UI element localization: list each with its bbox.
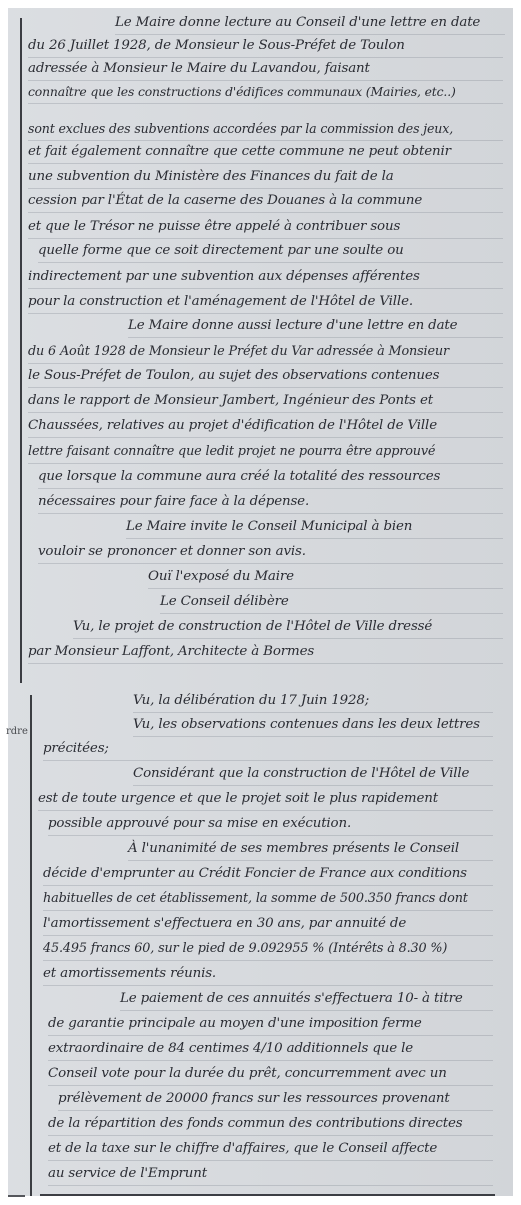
text-line: Le Maire donne lecture au Conseil d'une …	[115, 12, 505, 35]
text-line: Le Conseil délibère	[160, 591, 503, 614]
left-margin-rule	[20, 18, 22, 683]
text-line: et de la taxe sur le chiffre d'affaires,…	[48, 1138, 493, 1161]
text-line: dans le rapport de Monsieur Jambert, Ing…	[28, 390, 503, 413]
text-line: Vu, le projet de construction de l'Hôtel…	[73, 616, 503, 639]
text-line: décide d'emprunter au Crédit Foncier de …	[43, 863, 493, 886]
text-line: du 26 Juillet 1928, de Monsieur le Sous-…	[28, 35, 503, 58]
text-line: Considérant que la construction de l'Hôt…	[133, 763, 493, 786]
scanned-register-page: Le Maire donne lecture au Conseil d'une …	[8, 8, 513, 1196]
text-line: cession par l'État de la caserne des Dou…	[28, 190, 503, 213]
text-line: et fait également connaître que cette co…	[28, 141, 503, 164]
text-line: du 6 Août 1928 de Monsieur le Préfet du …	[28, 341, 503, 364]
minutes-fragment-2: rdre Vu, la délibération du 17 Juin 1928…	[8, 668, 513, 1196]
text-line: Ouï l'exposé du Maire	[148, 566, 503, 589]
text-line: de la répartition des fonds commun des c…	[48, 1113, 493, 1136]
text-line: Chaussées, relatives au projet d'édifica…	[28, 415, 503, 438]
text-line: habituelles de cet établissement, la som…	[43, 888, 493, 911]
text-line: Vu, les observations contenues dans les …	[133, 714, 493, 737]
text-line: au service de l'Emprunt	[48, 1163, 493, 1186]
text-line: par Monsieur Laffont, Architecte à Borme…	[28, 641, 503, 664]
text-line: extraordinaire de 84 centimes 4/10 addit…	[48, 1038, 493, 1061]
text-line: adressée à Monsieur le Maire du Lavandou…	[28, 58, 503, 81]
text-line: sont exclues des subventions accordées p…	[28, 118, 503, 141]
closing-rule	[40, 1194, 495, 1196]
text-line: Vu, la délibération du 17 Juin 1928;	[133, 690, 493, 713]
text-line: précitées;	[43, 738, 493, 761]
text-line: quelle forme que ce soit directement par…	[38, 240, 503, 263]
text-line: que lorsque la commune aura créé la tota…	[38, 466, 503, 489]
text-line: et que le Trésor ne puisse être appelé à…	[28, 216, 503, 239]
text-line: nécessaires pour faire face à la dépense…	[38, 491, 503, 514]
text-line: 45.495 francs 60, sur le pied de 9.09295…	[43, 938, 493, 961]
left-margin-rule	[30, 695, 32, 1196]
text-line: Le Maire invite le Conseil Municipal à b…	[126, 516, 503, 539]
minutes-fragment-1: Le Maire donne lecture au Conseil d'une …	[8, 8, 513, 668]
text-line: lettre faisant connaître que ledit proje…	[28, 441, 503, 464]
text-line: À l'unanimité de ses membres présents le…	[128, 838, 493, 861]
text-line: Conseil vote pour la durée du prêt, conc…	[48, 1063, 493, 1086]
text-line: prélèvement de 20000 francs sur les ress…	[58, 1088, 493, 1111]
text-line: est de toute urgence et que le projet so…	[38, 788, 493, 811]
text-line: pour la construction et l'aménagement de…	[28, 291, 503, 314]
text-line: l'amortissement s'effectuera en 30 ans, …	[43, 913, 493, 936]
text-line: et amortissements réunis.	[43, 963, 493, 986]
text-line: Le Maire donne aussi lecture d'une lettr…	[128, 315, 503, 338]
text-line: de garantie principale au moyen d'une im…	[48, 1013, 493, 1036]
text-line: indirectement par une subvention aux dép…	[28, 266, 503, 289]
margin-note: rdre	[6, 726, 28, 737]
text-line: connaître que les constructions d'édific…	[28, 81, 503, 104]
text-line: possible approuvé pour sa mise en exécut…	[48, 813, 493, 836]
text-line: vouloir se prononcer et donner son avis.	[38, 541, 503, 564]
text-line: une subvention du Ministère des Finances…	[28, 166, 503, 189]
text-line: le Sous-Préfet de Toulon, au sujet des o…	[28, 365, 503, 388]
closing-rule-stub	[8, 1195, 25, 1197]
text-line: Le paiement de ces annuités s'effectuera…	[120, 988, 493, 1011]
